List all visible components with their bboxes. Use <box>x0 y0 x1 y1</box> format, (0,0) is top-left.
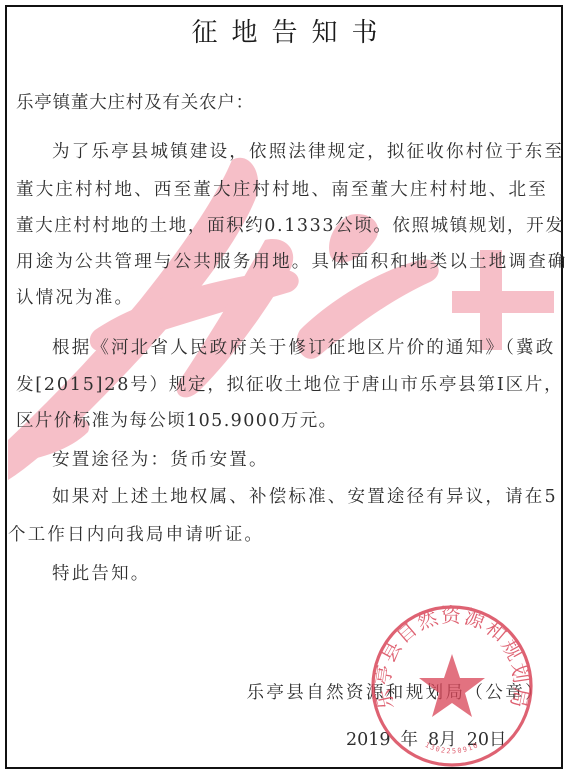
paragraph-1-line-3: 董大庄村村地的土地，面积约0.1333公顷。依照城镇规划，开发 <box>16 215 554 237</box>
paragraph-5-line-1: 特此告知。 <box>52 563 569 585</box>
paragraph-2-line-2: 发[2015]28号）规定，拟征收土地位于唐山市乐亭县第I区片， <box>16 374 554 396</box>
date-day: 20日 <box>467 730 507 750</box>
paragraph-4-line-1: 如果对上述土地权属、补偿标准、安置途径有异议，请在5 <box>52 486 569 508</box>
date-year-unit: 年 <box>401 730 419 750</box>
salutation: 乐亭镇董大庄村及有关农户： <box>16 92 554 114</box>
paragraph-4-line-2: 个工作日内向我局申请听证。 <box>8 524 546 546</box>
issuer-signature: 乐亭县自然资源和规划局（公章） <box>247 679 546 704</box>
paragraph-2-line-3: 区片价标准为每公顷105.9000万元。 <box>16 410 554 432</box>
date-year: 2019 <box>346 730 391 750</box>
paragraph-1-line-4: 用途为公共管理与公共服务用地。具体面积和地类以土地调查确 <box>16 251 554 273</box>
issue-date: 2019年8月20日 <box>346 726 516 751</box>
paragraph-1-line-1: 为了乐亭县城镇建设，依照法律规定，拟征收你村位于东至 <box>52 141 569 163</box>
paragraph-2-line-1: 根据《河北省人民政府关于修订征地区片价的通知》（冀政 <box>52 337 569 359</box>
document-title: 征地告知书 <box>0 12 569 49</box>
paragraph-1-line-2: 董大庄村村地、西至董大庄村村地、南至董大庄村村地、北至 <box>16 179 554 201</box>
paragraph-1-line-5: 认情况为准。 <box>16 287 554 309</box>
date-month: 8月 <box>428 730 457 750</box>
paragraph-3-line-1: 安置途径为：货币安置。 <box>52 449 569 471</box>
